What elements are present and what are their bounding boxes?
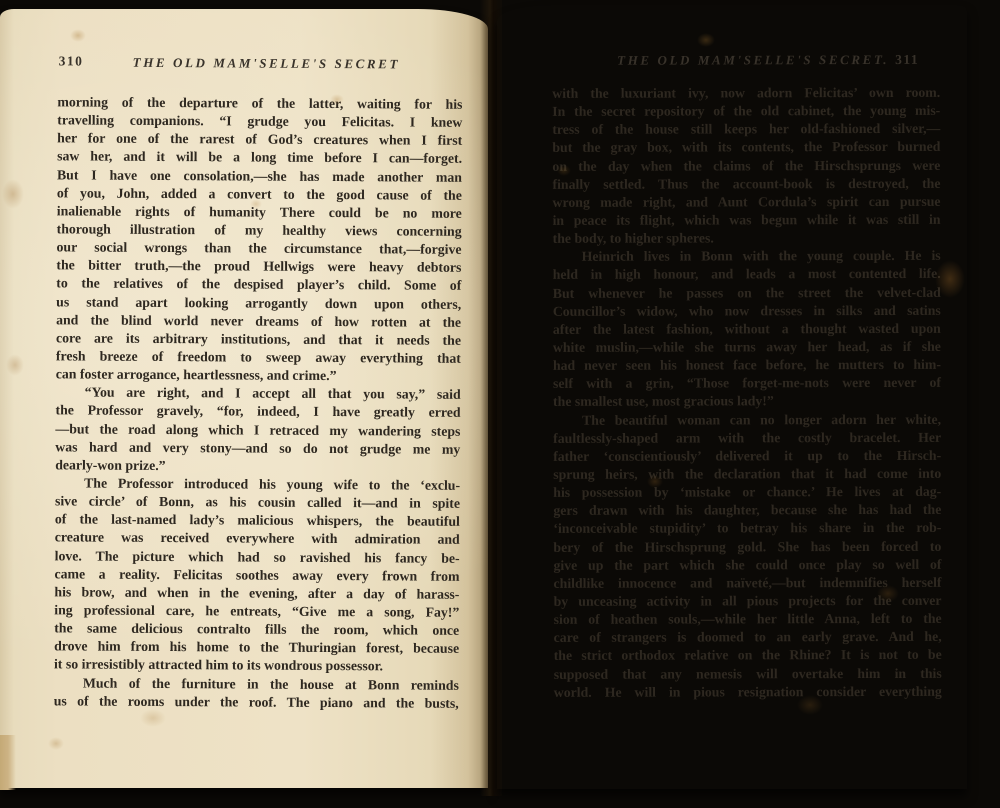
text-line: of you, John, added a convert to the goo… — [57, 184, 462, 205]
text-line: ‘inconceivable stupidity’ to betray his … — [553, 519, 941, 538]
text-line: sprung heirs, with the declaration that … — [553, 465, 941, 484]
text-line: the bitter truth,—the proud Hellwigs wer… — [56, 257, 461, 278]
text-line: by unceasing activity in all pious proje… — [554, 592, 942, 611]
text-line: love. The picture which had so ravished … — [55, 547, 460, 568]
text-line: his brow, and when in the evening, after… — [54, 583, 459, 604]
text-line: fresh breeze of freedom to sweep away ev… — [56, 347, 461, 368]
text-line: travelling companions. “I grudge you Fel… — [57, 111, 462, 132]
text-line: gers drawn with his daughter, because sh… — [553, 501, 941, 520]
text-line: on the day when the claims of the Hirsch… — [552, 156, 940, 175]
text-line: the body, to higher spheres. — [553, 229, 941, 248]
right-page-number: 311 — [895, 52, 919, 68]
text-line: saw her, and it will be a long time befo… — [57, 148, 462, 169]
text-line: Councillor’s widow, who now dresses in s… — [553, 302, 941, 321]
text-line: creature was received everywhere with ad… — [55, 529, 460, 550]
text-line: give up the part which she could once pl… — [553, 555, 941, 574]
text-line: white muslin,—while she turns away her h… — [553, 338, 941, 357]
text-line: finally settled. Thus the account-book i… — [552, 175, 940, 194]
text-line: the smallest use, most gracious lady!” — [553, 392, 941, 411]
page-edge-stack — [964, 8, 1000, 788]
text-line: the strict orthodox relative on the Rhin… — [554, 646, 942, 665]
text-line: but the gray box, with its contents, the… — [552, 138, 940, 157]
text-line: dearly-won prize.” — [55, 456, 460, 477]
text-line: supposed that any nemesis will overtake … — [554, 664, 942, 683]
text-line: was hard and very stony—and so do not gr… — [55, 438, 460, 459]
text-line: self with a grin, “Those forget-me-nots … — [553, 374, 941, 393]
text-line: In the secret repository of the old cabi… — [552, 102, 940, 121]
text-line: us stand apart looking arrogantly down u… — [56, 293, 461, 314]
text-line: core are its arbitrary institutions, and… — [56, 329, 461, 350]
text-line: inalienable rights of humanity There cou… — [57, 202, 462, 223]
right-text-column: with the luxuriant ivy, now adorn Felici… — [552, 84, 942, 702]
text-line: Much of the furniture in the house at Bo… — [54, 674, 459, 695]
right-page: THE OLD MAM'SELLE'S SECRET. 311 with the… — [497, 5, 967, 789]
left-page: 310 THE OLD MAM'SELLE'S SECRET morning o… — [0, 9, 488, 788]
text-line: the Professor gravely, “for, indeed, I h… — [55, 402, 460, 423]
left-page-number: 310 — [59, 53, 84, 69]
book-spread: 310 THE OLD MAM'SELLE'S SECRET morning o… — [0, 0, 1000, 808]
text-line: thorough illustration of my healthy view… — [57, 220, 462, 241]
text-line: her for one of the rarest of God’s creat… — [57, 130, 462, 151]
text-line: childlike innocence and naïveté,—but ind… — [553, 574, 941, 593]
text-line: it so irresistibly attracted him to its … — [54, 656, 459, 677]
text-line: sion of heathen souls,—while her little … — [554, 610, 942, 629]
text-line: with the luxuriant ivy, now adorn Felici… — [552, 84, 940, 103]
text-line: had never seen his honest face before, h… — [553, 356, 941, 375]
text-line: But whenever he passes on the street the… — [553, 283, 941, 302]
text-line: care of strangers is doomed to an early … — [554, 628, 942, 647]
text-line: and the blind world never dreams of how … — [56, 311, 461, 332]
text-line: came a reality. Felicitas soothes away e… — [54, 565, 459, 586]
text-line: Heinrich lives in Bonn with the young co… — [553, 247, 941, 266]
right-running-title: THE OLD MAM'SELLE'S SECRET. — [617, 52, 889, 69]
text-line: bery of the Hirschsprung gold. She has b… — [553, 537, 941, 556]
text-line: to the relatives of the despised player’… — [56, 275, 461, 296]
text-line: But I have one consolation,—she has made… — [57, 166, 462, 187]
text-line: world. He will in pious resignation cons… — [554, 682, 942, 701]
text-line: wrong made right, and Aunt Cordula’s spi… — [552, 193, 940, 212]
text-line: morning of the departure of the latter, … — [57, 93, 462, 114]
cover-edge — [0, 735, 16, 790]
text-line: father ‘conscientiously’ delivered it up… — [553, 447, 941, 466]
left-running-title: THE OLD MAM'SELLE'S SECRET — [133, 55, 400, 73]
text-line: tress of the house still keeps her old-f… — [552, 120, 940, 139]
text-line: our social wrongs than the circumstance … — [56, 238, 461, 259]
text-line: us of the rooms under the roof. The pian… — [54, 692, 459, 713]
left-text-column: morning of the departure of the latter, … — [54, 93, 463, 712]
text-line: his possession by ‘mistake or chance.’ H… — [553, 483, 941, 502]
text-line: after the latest fashion, without a thou… — [553, 320, 941, 339]
text-line: faultlessly-shaped arm with the costly b… — [553, 429, 941, 448]
text-line: The beautiful woman can no longer adorn … — [553, 410, 941, 429]
text-line: in peace its flight, which was begun whi… — [553, 211, 941, 230]
text-line: —but the road along which I retraced my … — [55, 420, 460, 441]
text-line: held in high honour, and leads a most co… — [553, 265, 941, 284]
